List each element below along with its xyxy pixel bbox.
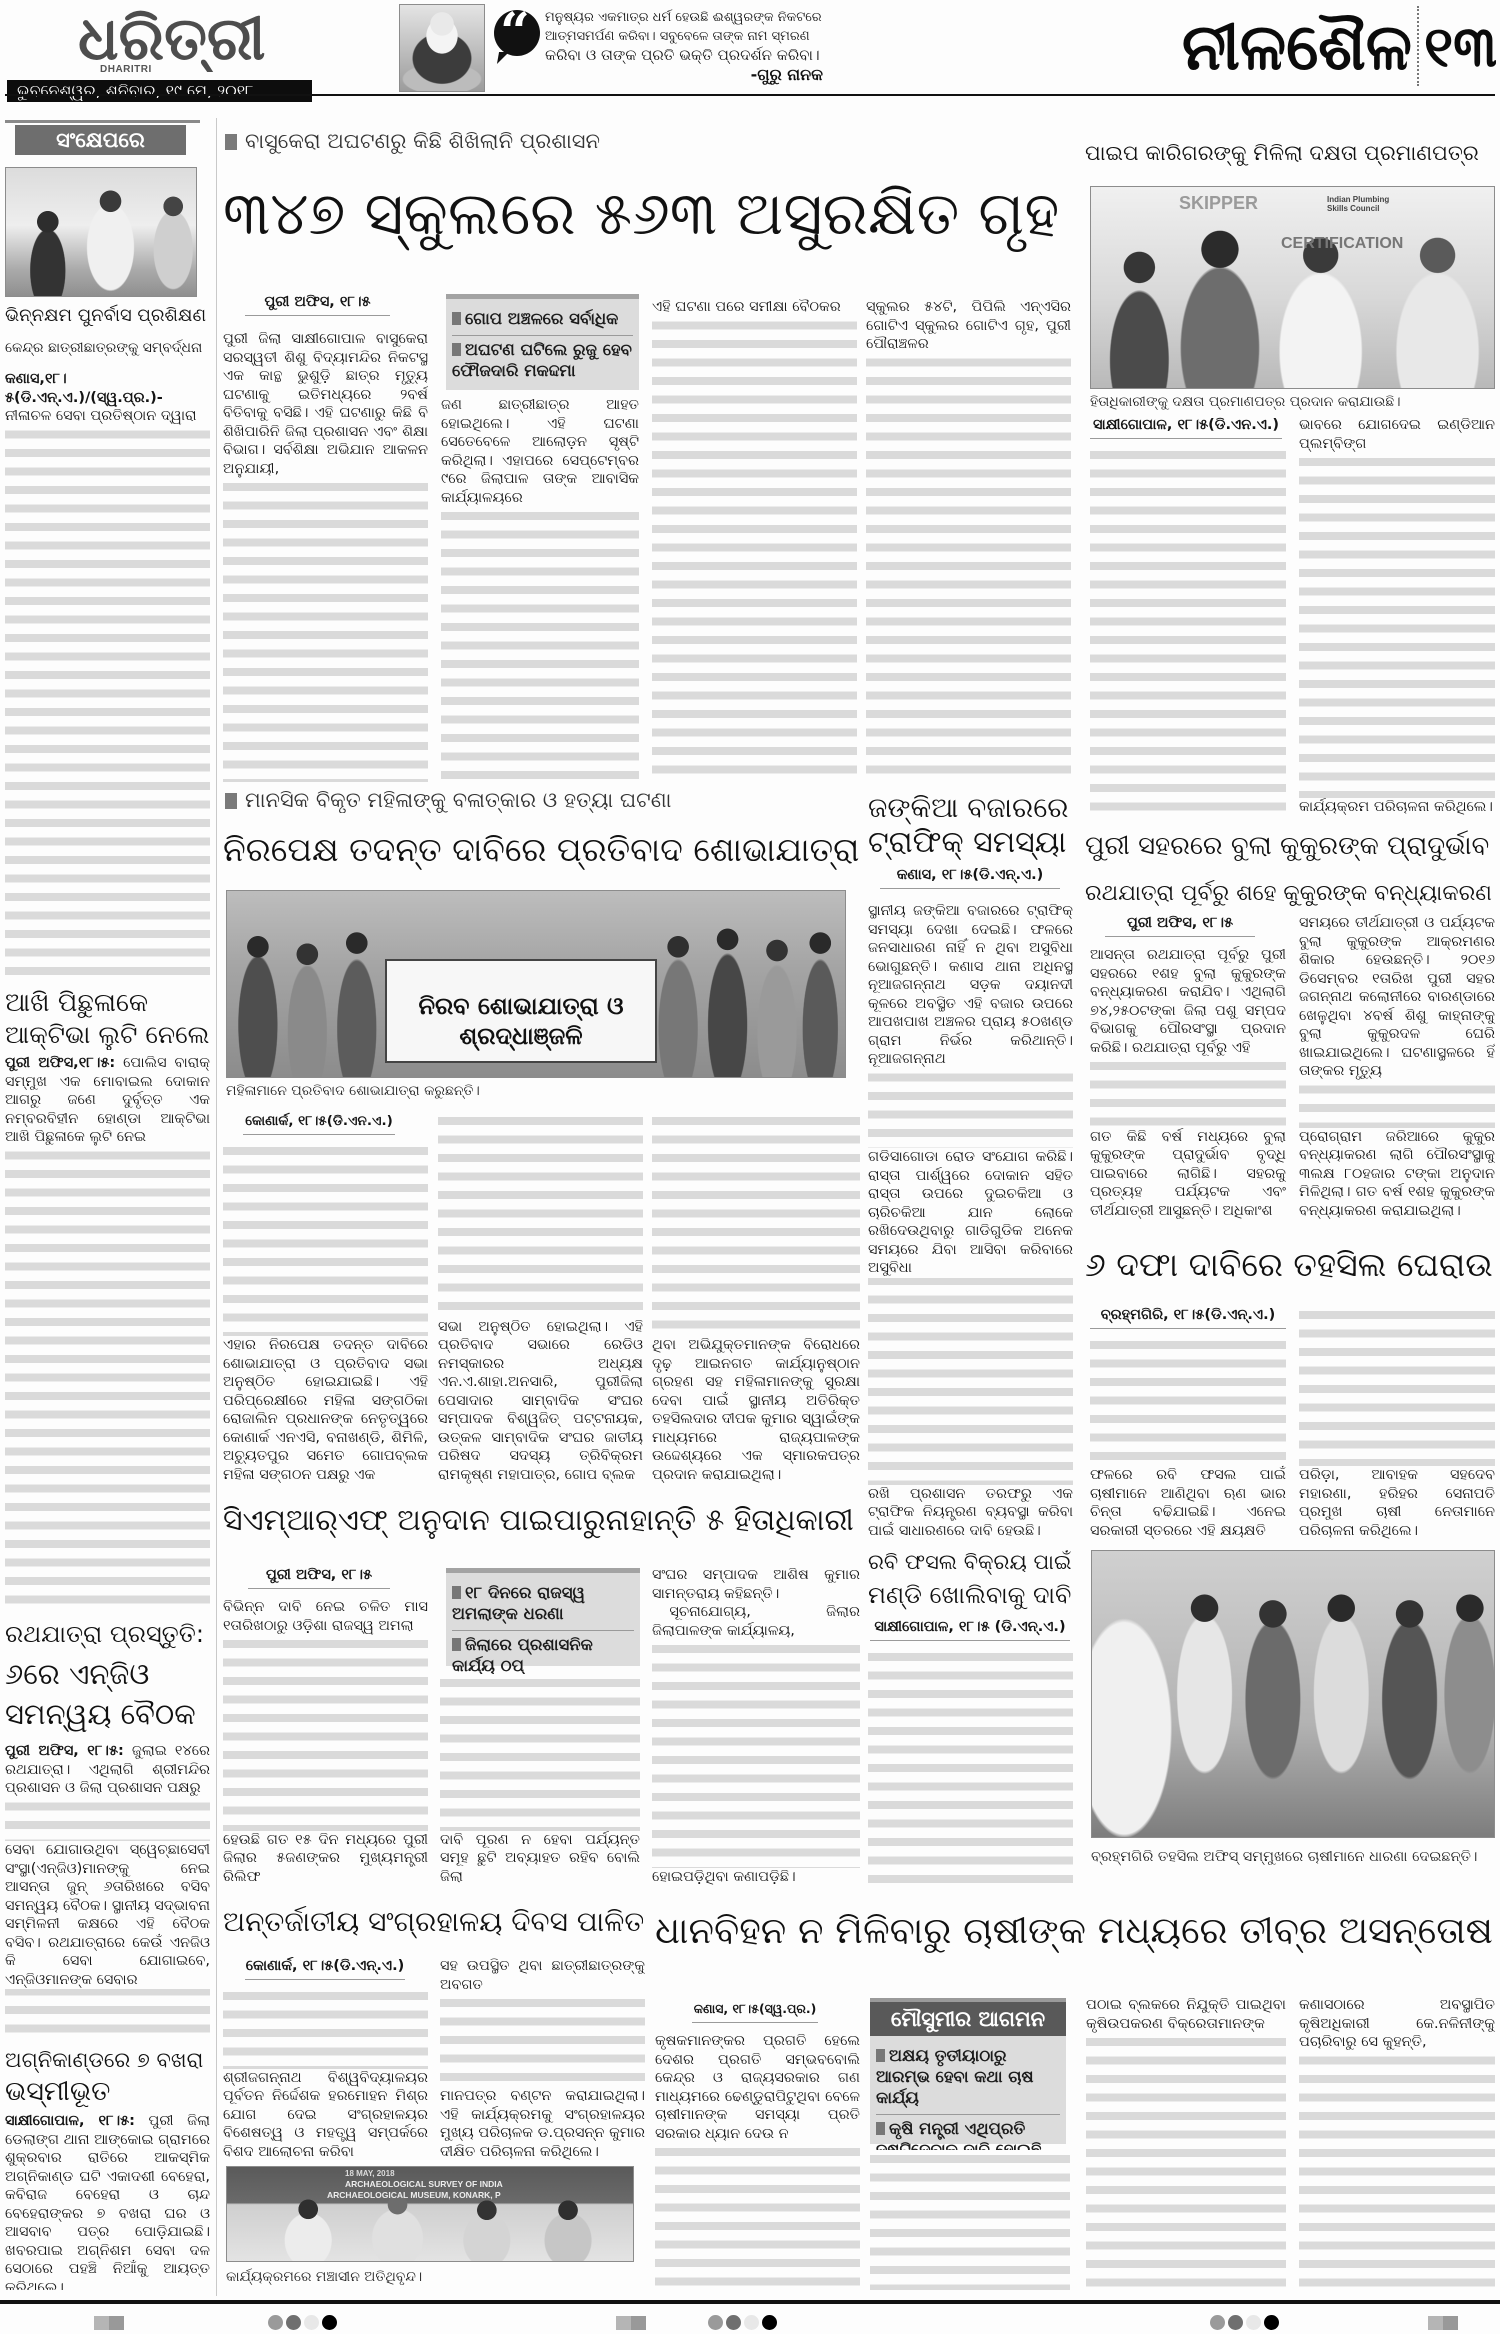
bullet-square-icon (452, 312, 461, 325)
bullet-square-icon (876, 2049, 885, 2062)
story-headline: ଭିନ୍ନକ୍ଷମ ପୁନର୍ବାସ ପ୍ରଶିକ୍ଷଣ କେନ୍ଦ୍ର ଛାତ… (5, 300, 210, 364)
article-text: ଗଡିସାଗୋଡା ରୋଡ ସଂଯୋଗ କରିଛି। ରାସ୍ତା ପାର୍ଶ୍… (868, 1148, 1073, 1278)
article-column: ଫଳରେ ରବି ଫସଲ ପାଇଁ ଚାଷୀମାନେ ଆଣିଥିବା ଋଣ ଭା… (1090, 1336, 1286, 1540)
guru-nanak-photo (399, 4, 485, 92)
highlight-text: ଜିଲାରେ ପ୍ରଶାସନିକ କାର୍ଯ୍ୟ ଠପ୍ (452, 1635, 593, 1675)
article-column: ଥିବା ଅଭିଯୁକ୍ତମାନଙ୍କ ବିରୋଧରେ ଦୃଢ଼ ଆଇନଗତ କ… (652, 1112, 860, 1484)
mark-swatch (1428, 2316, 1443, 2330)
photo-sign-text: CERTIFICATION (1281, 235, 1403, 253)
highlight-text: ୧୮ ଦିନରେ ରାଜସ୍ୱ ଅମଲାଙ୍କ ଧରଣା (452, 1583, 585, 1623)
date-bar: ଭୁବନେଶ୍ୱର, ଶନିବାର, ୧୯ ମେ, ୨୦୧୮ (7, 80, 312, 102)
registration-square-mark (1428, 2316, 1458, 2330)
article-headline: ପୁରୀ ସହରରେ ବୁଲା କୁକୁରଙ୍କ ପ୍ରାଦୁର୍ଭାବ (1085, 818, 1495, 876)
registration-dot-mark (1228, 2315, 1243, 2330)
banner-text: ନିରବ ଶୋଭାଯାତ୍ରା ଓ ଶ୍ରଦ୍ଧାଞ୍ଜଳି (387, 961, 655, 1051)
article-column: ସମୟରେ ତୀର୍ଥଯାତ୍ରୀ ଓ ପର୍ଯ୍ୟଟକ ବୁଲା କୁକୁରଙ… (1299, 914, 1495, 1220)
dateline: ପୁରୀ ଅଫିସ, ୧୮।୫ (245, 293, 390, 316)
article-text: ଥିବା ଅଭିଯୁକ୍ତମାନଙ୍କ ବିରୋଧରେ ଦୃଢ଼ ଆଇନଗତ କ… (652, 1336, 860, 1484)
page-number: ୧୩ (1424, 12, 1496, 84)
newspaper-logo: ଧରିତ୍ରୀ (78, 6, 283, 72)
section-title: ନୀଳଶୈଳ (1172, 12, 1412, 84)
article-column: ପଠାଇ ବ୍ଲକରେ ନିଯୁକ୍ତି ପାଇଥିବା କୃଷିଉପକରଣ ବ… (1086, 1996, 1286, 2290)
article-text: ଫଳରେ ରବି ଫସଲ ପାଇଁ ଚାଷୀମାନେ ଆଣିଥିବା ଋଣ ଭା… (1090, 1466, 1286, 1540)
article-column: ଆସନ୍ତା ରଥଯାତ୍ରା ପୂର୍ବରୁ ପୁରୀ ସହରରେ ୧ଶହ ବ… (1090, 946, 1286, 1220)
article-text: ସଭା ଅନୁଷ୍ଠିତ ହୋଇଥିଲା। ଏହି ପ୍ରତିବାଦ ସଭାରେ… (438, 1318, 643, 1485)
dateline: ପୁରୀ ଅଫିସ, ୧୮।୫ (1105, 914, 1255, 937)
article-text: ସ୍କୁଲର ୫୪ଟି, ପିପିଲି ଏନ୍ଏସିର ଗୋଟିଏ ସ୍କୁଲର… (866, 298, 1071, 354)
registration-dot-mark (1210, 2315, 1225, 2330)
highlight-item: ଅକ୍ଷୟ ତୃତୀୟାଠାରୁ ଆରମ୍ଭ ହେବା କଥା ଚାଷ କାର୍… (876, 2042, 1060, 2111)
lead-headline: ୩୪୭ ସ୍କୁଲରେ ୫୬୩ ଅସୁରକ୍ଷିତ ଗୃହ (223, 164, 1071, 266)
article-text: ପୁରୀ ଜିଲା ସାକ୍ଷୀଗୋପାଳ ବାସୁକେରା ସରସ୍ୱତୀ ଶ… (223, 330, 428, 478)
story-body: କଣାସ,୧୮।୫(ଡି.ଏନ୍.ଏ.)/(ସ୍ୱ.ପ୍ର.)- ନୀଳାଚଳ … (5, 370, 210, 982)
highlights-box: ମୌସୁମୀର ଆଗମନ ଅକ୍ଷୟ ତୃତୀୟାଠାରୁ ଆରମ୍ଭ ହେବା… (870, 1998, 1066, 2144)
dateline: ପୁରୀ ଅଫିସ, ୧୮।୫ (248, 1566, 390, 1589)
photo-museum-dais: 18 MAY, 2018 ARCHAEOLOGICAL SURVEY OF IN… (226, 2166, 634, 2262)
quote-line: ମନୁଷ୍ୟର ଏକମାତ୍ର ଧର୍ମ ହେଉଛି ଈଶ୍ୱରଙ୍କ ନିକଟ… (545, 8, 823, 27)
article-text: ସଂଘର ସମ୍ପାଦକ ଆଶିଷ କୁମାର ସାମନ୍ତରାୟ କହିଛନ୍… (652, 1566, 860, 1603)
registration-dot-mark (322, 2315, 337, 2330)
story-headline: ରଥଯାତ୍ରା ପ୍ରସ୍ତୁତି: ୬ରେ ଏନ୍‌ଜିଓ ସମନ୍ୱୟ ବ… (5, 1614, 210, 1734)
article-column (870, 2150, 1070, 2290)
masthead-rule (5, 94, 1495, 96)
article-column: ସ୍କୁଲର ୫୪ଟି, ପିପିଲି ଏନ୍ଏସିର ଗୋଟିଏ ସ୍କୁଲର… (866, 298, 1071, 782)
sidebar-top-rule (5, 120, 200, 123)
headline-line: ରଥଯାତ୍ରା ପ୍ରସ୍ତୁତି: (5, 1614, 210, 1654)
article-text: ଦାବି ପୂରଣ ନ ହେବା ପର୍ଯ୍ୟନ୍ତ ସମୂହ ଛୁଟି ଅବ୍… (440, 1831, 640, 1887)
quote-block: ମନୁଷ୍ୟର ଏକମାତ୍ର ଧର୍ମ ହେଉଛି ଈଶ୍ୱରଙ୍କ ନିକଟ… (545, 8, 823, 84)
article-text: କଣାସଠାରେ ଅବସ୍ଥାପିତ କୃଷିଅଧିକାରୀ କେ.ନଳିନୀଙ… (1299, 1996, 1495, 2052)
article-column: ପରିଡ଼ା, ଆବାହକ ସହଦେବ ମହାରଣା, ହରିହର ସେନାପତ… (1299, 1306, 1495, 1540)
highlight-text: ଅକ୍ଷୟ ତୃତୀୟାଠାରୁ ଆରମ୍ଭ ହେବା କଥା ଚାଷ କାର୍… (876, 2046, 1034, 2107)
kicker: ବାସୁକେରା ଅଘଟଣରୁ କିଛି ଶିଖିଲାନି ପ୍ରଶାସନ (245, 128, 845, 154)
registration-dot-mark (762, 2315, 777, 2330)
story-text: ସେବା ଯୋଗାଉଥିବା ସ୍ୱେଚ୍ଛାସେବୀ ସଂସ୍ଥା(ଏନ୍‌ଜ… (5, 1841, 210, 1989)
highlights-box: ଗୋପ ଅଞ୍ଚଳରେ ସର୍ବାଧିକ ଅଘଟଣ ଘଟିଲେ ରୁଜୁ ହେବ… (446, 294, 639, 390)
article-text: ଆସନ୍ତା ରଥଯାତ୍ରା ପୂର୍ବରୁ ପୁରୀ ସହରରେ ୧ଶହ ବ… (1090, 946, 1286, 1057)
highlight-item: ୧୮ ଦିନରେ ରାଜସ୍ୱ ଅମଲାଙ୍କ ଧରଣା (452, 1579, 634, 1627)
highlight-item: ଅଘଟଣ ଘଟିଲେ ରୁଜୁ ହେବ ଫୌଜଦାରି ମକଦ୍ଦମା (452, 335, 633, 384)
photo-farmers-dharna (1091, 1550, 1495, 1838)
headline-line: ଅଗ୍ନିକାଣ୍ଡରେ ୭ ବଖରା (5, 2044, 210, 2076)
photo-farewell-ceremony (5, 167, 197, 297)
headline-line: କେନ୍ଦ୍ର ଛାତ୍ରୀଛାତ୍ରଙ୍କୁ ସମ୍ବର୍ଦ୍ଧନା (5, 332, 210, 364)
footer-rule (0, 2300, 1500, 2304)
photo-sign-text: ARCHAEOLOGICAL MUSEUM, KONARK, P (327, 2190, 501, 2200)
article-text: ସମୟରେ ତୀର୍ଥଯାତ୍ରୀ ଓ ପର୍ଯ୍ୟଟକ ବୁଲା କୁକୁରଙ… (1299, 914, 1495, 1081)
dateline: ସାକ୍ଷୀଗୋପାଳ, ୧୮।୫(ଡି.ଏନ.ଏ.) (1090, 416, 1282, 439)
article-column: ପୁରୀ ଜିଲା ସାକ୍ଷୀଗୋପାଳ ବାସୁକେରା ସରସ୍ୱତୀ ଶ… (223, 330, 428, 782)
article-headline: ପାଇପ କାରିଗରଙ୍କୁ ମିଳିଲା ଦକ୍ଷତା ପ୍ରମାଣପତ୍ର (1085, 127, 1495, 181)
article-text: କାର୍ଯ୍ୟକ୍ରମ ପରିଚାଳନା କରିଥିଲେ। (1299, 798, 1495, 817)
quote-line: ଆତ୍ମସମର୍ପଣ କରିବା। ସବୁବେଳେ ତାଙ୍କ ନାମ ସ୍ମର… (545, 27, 823, 46)
headline-line: ଭସ୍ମୀଭୂତ (5, 2076, 210, 2108)
dateline: କୋଣାର୍କ, ୧୮।୫(ଡି.ଏନ.ଏ.) (243, 1112, 395, 1135)
article-column: ସ୍ଥାନୀୟ ଜଙ୍କିଆ ବଜାରରେ ଟ୍ରାଫିକ୍ ସମସ୍ୟା ଦେ… (868, 902, 1073, 1540)
mark-swatch (109, 2316, 124, 2330)
article-column: ଏହି ଘଟଣା ପରେ ସମୀକ୍ଷା ବୈଠକର (652, 298, 857, 782)
article-text: ଏହାର ନିରପେକ୍ଷ ତଦନ୍ତ ଦାବିରେ ଶୋଭାଯାତ୍ରା ଓ … (223, 1336, 428, 1484)
registration-dot-mark (304, 2315, 319, 2330)
column-divider (216, 118, 217, 2296)
headline-line: ଜଙ୍କିଆ ବଜାରରେ (868, 790, 1073, 825)
article-column (868, 1648, 1073, 1884)
article-subheadline: ରଥଯାତ୍ରା ପୂର୍ବରୁ ଶହେ କୁକୁରଙ୍କ ବନ୍ଧ୍ୟାକରଣ (1085, 879, 1495, 909)
headline-line: ଟ୍ରାଫିକ୍ ସମସ୍ୟା (868, 825, 1073, 860)
article-headline: ୬ ଦଫା ଦାବିରେ ତହସିଲ ଘେରାଉ (1085, 1236, 1495, 1296)
story-text: ପୁରୀ ଅଫିସ, ୧୮।୫: ଜୁଲାଇ ୧୪ରେ ରଥଯାତ୍ରା। ଏଥ… (5, 1742, 210, 1798)
sidebar-label: ସଂକ୍ଷେପରେ (15, 125, 186, 155)
article-text: ସ୍ଥାନୀୟ ଜଙ୍କିଆ ବଜାରରେ ଟ୍ରାଫିକ୍ ସମସ୍ୟା ଦେ… (868, 902, 1073, 1069)
quote-attribution: -ଗୁରୁ ନାନକ (545, 65, 823, 84)
headline-line: ୬ରେ ଏନ୍‌ଜିଓ (5, 1654, 210, 1694)
photo-sign-text: Indian Plumbing (1327, 195, 1389, 204)
story-text: କଣାସ,୧୮।୫(ଡି.ଏନ୍.ଏ.)/(ସ୍ୱ.ପ୍ର.)- ନୀଳାଚଳ … (5, 370, 210, 426)
article-column: ସହ ଉପସ୍ଥିତ ଥିବା ଛାତ୍ରୀଛାତ୍ରଙ୍କୁ ଅବଗତ ମାନ… (440, 1957, 645, 2161)
article-text: ପରିଡ଼ା, ଆବାହକ ସହଦେବ ମହାରଣା, ହରିହର ସେନାପତ… (1299, 1466, 1495, 1540)
article-column (1090, 446, 1286, 816)
registration-dot-mark (286, 2315, 301, 2330)
mark-swatch (94, 2316, 109, 2330)
photo-certificate-handover: SKIPPER Indian Plumbing Skills Council C… (1090, 186, 1495, 389)
article-column: ଦାବି ପୂରଣ ନ ହେବା ପର୍ଯ୍ୟନ୍ତ ସମୂହ ଛୁଟି ଅବ୍… (440, 1674, 640, 1886)
story-text-run: ନୀଳାଚଳ ସେବା ପ୍ରତିଷ୍ଠାନ ଦ୍ୱାରା (5, 408, 197, 424)
photo-sign-text: ARCHAEOLOGICAL SURVEY OF INDIA (345, 2179, 503, 2189)
highlight-text: ଗୋପ ଅଞ୍ଚଳରେ ସର୍ବାଧିକ (465, 309, 618, 328)
article-text: ଏହି ଘଟଣା ପରେ ସମୀକ୍ଷା ବୈଠକର (652, 298, 857, 317)
story-text-run: ପୁରୀ ଜିଲା ଡେଲାଙ୍ଗ ଥାନା ଆଙ୍କୋଇ ଗ୍ରାମରେ ଶୁ… (5, 2113, 210, 2290)
article-text: ଜଣ ଛାତ୍ରୀଛାତ୍ର ଆହତ ହୋଇଥିଲେ। ଏହି ଘଟଣା ସେତ… (441, 396, 639, 507)
photo-caption: ମହିଳାମାନେ ପ୍ରତିବାଦ ଶୋଭାଯାତ୍ରା କରୁଛନ୍ତି। (226, 1082, 846, 1100)
photo-protest-march: ନିରବ ଶୋଭାଯାତ୍ରା ଓ ଶ୍ରଦ୍ଧାଞ୍ଜଳି (226, 890, 846, 1078)
quote-bubble-icon (494, 10, 540, 56)
headline-line: ଭିନ୍ନକ୍ଷମ ପୁନର୍ବାସ ପ୍ରଶିକ୍ଷଣ (5, 300, 210, 332)
article-headline: ଅନ୍ତର୍ଜାତୀୟ ସଂଗ୍ରହାଳୟ ଦିବସ ପାଳିତ (223, 1896, 643, 1950)
highlight-text: ଅଘଟଣ ଘଟିଲେ ରୁଜୁ ହେବ ଫୌଜଦାରି ମକଦ୍ଦମା (452, 340, 632, 380)
article-column: କଣାସଠାରେ ଅବସ୍ଥାପିତ କୃଷିଅଧିକାରୀ କେ.ନଳିନୀଙ… (1299, 1996, 1495, 2290)
highlights-box-title: ମୌସୁମୀର ଆଗମନ (870, 2002, 1066, 2036)
article-headline: ରବି ଫସଲ ବିକ୍ରୟ ପାଇଁ ମଣ୍ଡି ଖୋଲିବାକୁ ଦାବି (868, 1546, 1073, 1612)
registration-dot-mark (1264, 2315, 1279, 2330)
highlight-item: ଗୋପ ଅଞ୍ଚଳରେ ସର୍ବାଧିକ (452, 305, 633, 332)
dateline: ସାକ୍ଷୀଗୋପାଳ, ୧୮।୫: (5, 2113, 135, 2129)
mark-swatch (631, 2316, 646, 2330)
registration-dot-mark (1246, 2315, 1261, 2330)
highlights-box: ୧୮ ଦିନରେ ରାଜସ୍ୱ ଅମଲାଙ୍କ ଧରଣା ଜିଲାରେ ପ୍ରଶ… (446, 1568, 640, 1666)
article-column: ଭାବରେ ଯୋଗଦେଇ ଇଣ୍ଡିଆନ ପ୍ଲମ୍ବିଙ୍ଗ କାର୍ଯ୍ୟକ… (1299, 416, 1495, 816)
story-text: ପୁରୀ ଅଫିସ,୧୮।୫: ପୋଲିସ ବାରାକ୍ ସମ୍ମୁଖ ଏକ ମ… (5, 1054, 210, 1147)
story-body: ପୁରୀ ଅଫିସ,୧୮।୫: ପୋଲିସ ବାରାକ୍ ସମ୍ମୁଖ ଏକ ମ… (5, 1054, 210, 1609)
article-text: ବିଭିନ୍ନ ଦାବି ନେଇ ଚଳିତ ମାସ ୧ତାରିଖଠାରୁ ଓଡ଼… (223, 1598, 428, 1635)
bullet-square-icon (452, 1638, 461, 1651)
photo-sign-text: SKIPPER (1179, 193, 1258, 214)
mark-swatch (616, 2316, 631, 2330)
bullet-square-icon (452, 343, 461, 356)
article-text: ଶ୍ରୀଜଗନ୍ନାଥ ବିଶ୍ୱବିଦ୍ୟାଳୟର ପୂର୍ବତନ ନିର୍ଦ… (223, 2069, 428, 2162)
registration-dot-mark (708, 2315, 723, 2330)
protest-banner: ନିରବ ଶୋଭାଯାତ୍ରା ଓ ଶ୍ରଦ୍ଧାଞ୍ଜଳି (385, 959, 657, 1063)
article-column: ଶ୍ରୀଜଗନ୍ନାଥ ବିଶ୍ୱବିଦ୍ୟାଳୟର ପୂର୍ବତନ ନିର୍ଦ… (223, 1987, 428, 2161)
headline-line: ଆକ୍ଟିଭା ଲୁଟି ନେଲେ (5, 1019, 210, 1050)
title-separator (1417, 6, 1419, 86)
article-column: ଏହାର ନିରପେକ୍ଷ ତଦନ୍ତ ଦାବିରେ ଶୋଭାଯାତ୍ରା ଓ … (223, 1142, 428, 1484)
registration-dot-mark (726, 2315, 741, 2330)
photo-caption: ବ୍ରହ୍ମଗିରି ତହସିଲ ଅଫିସ୍ ସମ୍ମୁଖରେ ଚାଷୀମାନେ… (1091, 1848, 1495, 1866)
article-headline: ସିଏମ୍‌ଆର୍‌ଏଫ୍ ଅନୁଦାନ ପାଇପାରୁନାହାନ୍ତି ୫ ହ… (223, 1492, 863, 1552)
article-column: ଜଣ ଛାତ୍ରୀଛାତ୍ର ଆହତ ହୋଇଥିଲେ। ଏହି ଘଟଣା ସେତ… (441, 396, 639, 782)
dateline: କଣାସ, ୧୮।୫(ସ୍ୱ.ପ୍ର.) (692, 2000, 818, 2023)
article-text: କୃଷକମାନଙ୍କର ପ୍ରଗତି ହେଲେ ଦେଶର ପ୍ରଗତି ସମ୍ଭ… (655, 2032, 860, 2143)
story-headline: ଅଗ୍ନିକାଣ୍ଡରେ ୭ ବଖରା ଭସ୍ମୀଭୂତ (5, 2044, 210, 2108)
dateline: ପୁରୀ ଅଫିସ, ୧୮।୫: (5, 1743, 124, 1759)
article-column: ସଭା ଅନୁଷ୍ଠିତ ହୋଇଥିଲା। ଏହି ପ୍ରତିବାଦ ସଭାରେ… (438, 1112, 643, 1484)
article-headline: ଧାନବିହନ ନ ମିଳିବାରୁ ଚାଷୀଙ୍କ ମଧ୍ୟରେ ତୀବ୍ର … (655, 1894, 1495, 1972)
photo-caption: ହିତାଧିକାରୀଙ୍କୁ ଦକ୍ଷତା ପ୍ରମାଣପତ୍ର ପ୍ରଦାନ … (1090, 393, 1495, 411)
article-text: ପଠାଇ ବ୍ଲକରେ ନିଯୁକ୍ତି ପାଇଥିବା କୃଷିଉପକରଣ ବ… (1086, 1996, 1286, 2033)
bullet-square-icon (452, 1586, 461, 1599)
article-text: ଭାବରେ ଯୋଗଦେଇ ଇଣ୍ଡିଆନ ପ୍ଲମ୍ବିଙ୍ଗ (1299, 416, 1495, 453)
article-text: ରଖି ପ୍ରଶାସନ ତରଫରୁ ଏକ ଟ୍ରାଫିକ ନିୟନ୍ତ୍ରଣ ବ… (868, 1485, 1073, 1541)
registration-dot-mark (268, 2315, 283, 2330)
article-text: ହେଉଛି ଗତ ୧୫ ଦିନ ମଧ୍ୟରେ ପୁରୀ ଜିଲାର ୫ଜଣଙ୍କ… (223, 1831, 428, 1887)
dateline: ବ୍ରହ୍ମଗିରି, ୧୮।୫(ଡି.ଏନ୍.ଏ.) (1090, 1306, 1286, 1329)
photo-sign-text: Skills Council (1327, 204, 1379, 213)
headline-line: ରବି ଫସଲ ବିକ୍ରୟ ପାଇଁ (868, 1546, 1073, 1579)
article-column: ସଂଘର ସମ୍ପାଦକ ଆଶିଷ କୁମାର ସାମନ୍ତରାୟ କହିଛନ୍… (652, 1566, 860, 1886)
kicker-square-icon (225, 134, 237, 150)
article-text: ଗତ କିଛି ବର୍ଷ ମଧ୍ୟରେ ବୁଲା କୁକୁରଙ୍କ ପ୍ରାଦୁ… (1090, 1128, 1286, 1221)
bullet-square-icon (876, 2122, 885, 2135)
article-text: ହୋଇପଡ଼ିଥିବା କଣାପଡ଼ିଛି। (652, 1868, 860, 1887)
photo-caption: କାର୍ଯ୍ୟକ୍ରମରେ ମଞ୍ଚାସୀନ ଅତିଥିବୃନ୍ଦ। (226, 2268, 634, 2286)
dateline: ସାକ୍ଷୀଗୋପାଳ, ୧୮।୫ (ଡି.ଏନ୍.ଏ.) (870, 1618, 1070, 1641)
registration-square-mark (616, 2316, 646, 2330)
photo-sign-text: 18 MAY, 2018 (345, 2169, 395, 2178)
headline-line: ମଣ୍ଡି ଖୋଲିବାକୁ ଦାବି (868, 1579, 1073, 1612)
mark-swatch (1443, 2316, 1458, 2330)
article-text: ମାନପତ୍ର ବଣ୍ଟନ କରାଯାଇଥିଲା। ଏହି କାର୍ଯ୍ୟକ୍ର… (440, 2087, 645, 2161)
kicker-square-icon (225, 793, 237, 809)
dateline: କୋଣାର୍କ, ୧୮।୫(ଡି.ଏନ୍.ଏ.) (245, 1957, 405, 1980)
story-body: ପୁରୀ ଅଫିସ, ୧୮।୫: ଜୁଲାଇ ୧୪ରେ ରଥଯାତ୍ରା। ଏଥ… (5, 1742, 210, 2040)
story-headline: ଆଖି ପିଛୁଳାକେ ଆକ୍ଟିଭା ଲୁଟି ନେଲେ (5, 988, 210, 1050)
article-column: କୃଷକମାନଙ୍କର ପ୍ରଗତି ହେଲେ ଦେଶର ପ୍ରଗତି ସମ୍ଭ… (655, 2032, 860, 2290)
dateline: କଣାସ, ୧୮।୫(ଡି.ଏନ୍.ଏ.) (880, 866, 1060, 889)
article-text: ସୂଚନାଯୋଗ୍ୟ, ଜିଲାର ଜିଲାପାଳଙ୍କ କାର୍ଯ୍ୟାଳୟ, (652, 1603, 860, 1640)
kicker: ମାନସିକ ବିକୃତ ମହିଳାଙ୍କୁ ବଳାତ୍କାର ଓ ହତ୍ୟା … (245, 787, 845, 813)
story-body: ସାକ୍ଷୀଗୋପାଳ, ୧୮।୫: ପୁରୀ ଜିଲା ଡେଲାଙ୍ଗ ଥାନ… (5, 2112, 210, 2290)
article-text: ସହ ଉପସ୍ଥିତ ଥିବା ଛାତ୍ରୀଛାତ୍ରଙ୍କୁ ଅବଗତ (440, 1957, 645, 1994)
article-headline: ଜଙ୍କିଆ ବଜାରରେ ଟ୍ରାଫିକ୍ ସମସ୍ୟା (868, 790, 1073, 860)
highlight-item: ଜିଲାରେ ପ୍ରଶାସନିକ କାର୍ଯ୍ୟ ଠପ୍ (452, 1630, 634, 1679)
registration-dot-mark (744, 2315, 759, 2330)
quote-line: କରିବା ଓ ତାଙ୍କ ପ୍ରତି ଭକ୍ତି ପ୍ରଦର୍ଶନ କରିବା… (545, 46, 823, 65)
article-text: ପ୍ରୋଗ୍ରାମ ଜରିଆରେ କୁକୁର ବନ୍ଧ୍ୟାକରଣ ଲାଗି ପ… (1299, 1128, 1495, 1221)
dateline: ପୁରୀ ଅଫିସ,୧୮।୫: (5, 1055, 115, 1071)
story-text: ସାକ୍ଷୀଗୋପାଳ, ୧୮।୫: ପୁରୀ ଜିଲା ଡେଲାଙ୍ଗ ଥାନ… (5, 2112, 210, 2290)
article-column: ବିଭିନ୍ନ ଦାବି ନେଇ ଚଳିତ ମାସ ୧ତାରିଖଠାରୁ ଓଡ଼… (223, 1598, 428, 1886)
registration-square-mark (94, 2316, 124, 2330)
newspaper-logo-latin: DHARITRI (100, 64, 152, 75)
headline-line: ଆଖି ପିଛୁଳାକେ (5, 988, 210, 1019)
article-headline: ନିରପେକ୍ଷ ତଦନ୍ତ ଦାବିରେ ପ୍ରତିବାଦ ଶୋଭାଯାତ୍ର… (223, 815, 863, 887)
dateline: କଣାସ,୧୮।୫(ଡି.ଏନ୍.ଏ.)/(ସ୍ୱ.ପ୍ର.)- (5, 371, 163, 406)
headline-line: ସମନ୍ୱୟ ବୈଠକ (5, 1694, 210, 1734)
